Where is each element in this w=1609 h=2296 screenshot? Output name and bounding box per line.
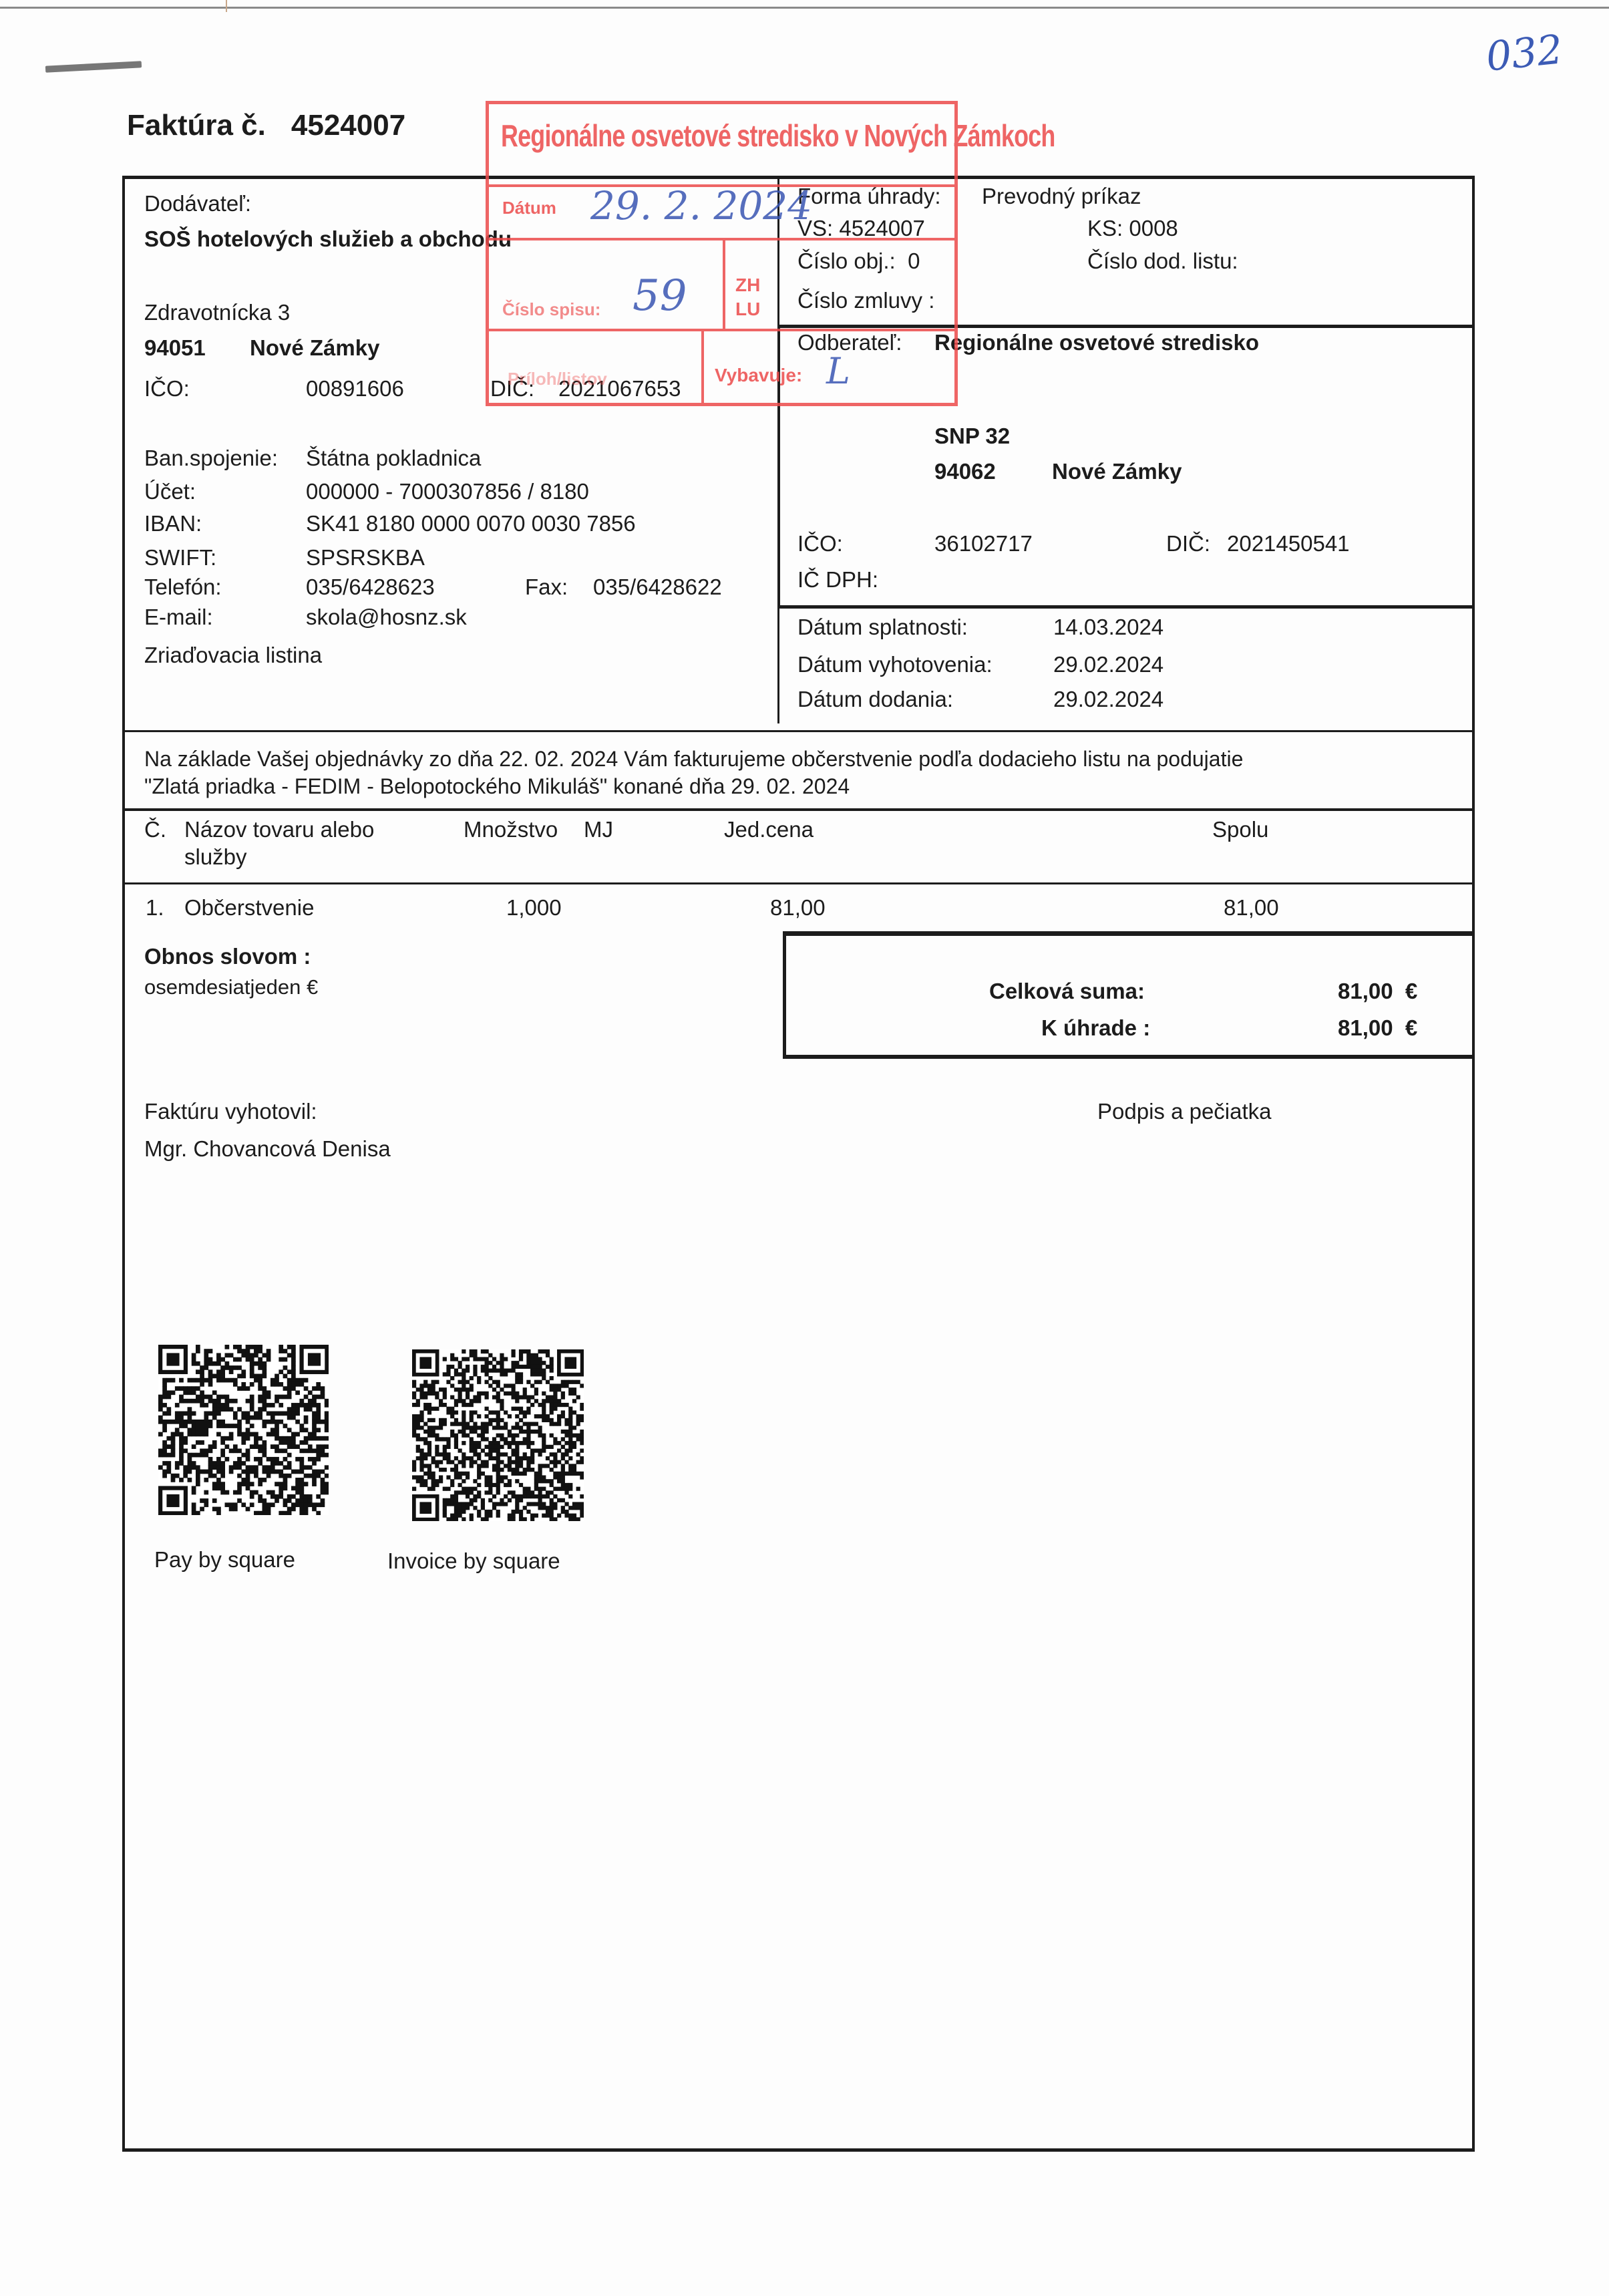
stamp-handled-by-label: Vybavuje:: [715, 365, 802, 386]
customer-dic-label: DIČ:: [1166, 532, 1210, 554]
customer-dic: 2021450541: [1227, 532, 1350, 554]
amount-in-words-label: Obnos slovom :: [144, 945, 311, 967]
stamp-divider: [489, 329, 954, 331]
swift-value: SPSRSKBA: [306, 546, 425, 568]
customer-icdph-label: IČ DPH:: [797, 568, 878, 591]
stamp-file-no-label: Číslo spisu:: [502, 299, 600, 320]
stamp-attachments-label: Príloh/listov: [508, 369, 607, 389]
due-date-value: 14.03.2024: [1053, 616, 1164, 638]
bank-label: Ban.spojenie:: [144, 447, 278, 469]
customer-street: SNP 32: [934, 425, 1010, 447]
stamp-file-no-handwritten: 59: [633, 271, 687, 321]
fax-value: 035/6428622: [593, 576, 722, 598]
due-date-label: Dátum splatnosti:: [797, 616, 968, 638]
col-quantity: Množstvo: [464, 818, 558, 840]
amount-in-words: osemdesiatjeden €: [144, 977, 318, 997]
issue-date-value: 29.02.2024: [1053, 653, 1164, 675]
supplier-zip: 94051: [144, 337, 206, 359]
section-divider: [122, 730, 1473, 732]
col-unit: MJ: [584, 818, 613, 840]
qr-code-icon: [158, 1345, 329, 1515]
fax-label: Fax:: [525, 576, 568, 598]
stamp-title: Regionálne osvetové stredisko v Nových Z…: [501, 118, 1055, 154]
invoice-title-label: Faktúra č.: [127, 109, 266, 142]
punch-mark: [45, 61, 142, 73]
issue-date-label: Dátum vyhotovenia:: [797, 653, 993, 675]
qr-caption-invoice: Invoice by square: [387, 1550, 560, 1572]
row-name: Občerstvenie: [184, 896, 314, 919]
delivery-date-value: 29.02.2024: [1053, 688, 1164, 710]
phone-label: Telefón:: [144, 576, 222, 598]
invoice-number: 4524007: [291, 109, 405, 142]
customer-city: Nové Zámky: [1052, 460, 1182, 482]
supplier-ico-label: IČO:: [144, 377, 190, 399]
ks-value: 0008: [1129, 216, 1178, 240]
iban-label: IBAN:: [144, 512, 202, 534]
customer-zip: 94062: [934, 460, 996, 482]
qr-caption-pay: Pay by square: [154, 1548, 295, 1571]
customer-name: Regionálne osvetové stredisko: [934, 331, 1259, 353]
table-top-line: [122, 808, 1473, 811]
col-total: Spolu: [1212, 818, 1268, 840]
phone-value: 035/6428623: [306, 576, 435, 598]
customer-ico: 36102717: [934, 532, 1033, 554]
due-label: K úhrade :: [1041, 1017, 1150, 1039]
invoice-title: Faktúra č.4524007: [127, 109, 405, 142]
col-unit-price: Jed.cena: [724, 818, 814, 840]
delivery-note-label: Číslo dod. listu:: [1087, 250, 1238, 272]
col-name: Názov tovaru alebo: [184, 818, 374, 840]
description-line-2: "Zlatá priadka - FEDIM - Belopotockého M…: [144, 776, 850, 797]
registry-stamp: Regionálne osvetové stredisko v Nových Z…: [486, 101, 958, 406]
stamp-divider: [701, 329, 704, 403]
row-quantity: 1,000: [506, 896, 562, 919]
total-label: Celková suma:: [989, 980, 1145, 1002]
scan-edge-line: [0, 7, 1609, 9]
stamp-divider: [723, 238, 725, 331]
signature-label: Podpis a pečiatka: [1097, 1100, 1272, 1122]
supplier-city: Nové Zámky: [250, 337, 379, 359]
supplier-heading: Dodávateľ:: [144, 192, 251, 214]
email-value[interactable]: skola@hosnz.sk: [306, 606, 467, 628]
ks-field: KS: 0008: [1087, 217, 1178, 239]
supplier-registration: Zriaďovacia listina: [144, 644, 322, 666]
supplier-street: Zdravotnícka 3: [144, 301, 290, 323]
qr-code-icon: [412, 1349, 584, 1521]
issued-by-name: Mgr. Chovancová Denisa: [144, 1138, 391, 1160]
payment-method: Prevodný príkaz: [982, 185, 1141, 207]
account-value: 000000 - 7000307856 / 8180: [306, 480, 589, 502]
stamp-date-handwritten: 29. 2. 2024: [590, 183, 812, 228]
stamp-code-line-2: LU: [735, 299, 760, 320]
handwritten-page-number: 032: [1484, 26, 1565, 81]
description-line-1: Na základe Vašej objednávky zo dňa 22. 0…: [144, 748, 1243, 770]
row-no: 1.: [146, 896, 164, 919]
supplier-name: SOŠ hotelových služieb a obchodu: [144, 228, 512, 250]
col-name-cont: služby: [184, 846, 247, 868]
supplier-ico: 00891606: [306, 377, 404, 399]
customer-ico-label: IČO:: [797, 532, 843, 554]
email-label: E-mail:: [144, 606, 213, 628]
total-value: 81,00 €: [1338, 980, 1417, 1002]
ks-label: KS:: [1087, 216, 1123, 240]
row-total: 81,00: [1224, 896, 1279, 919]
bank-value: Štátna pokladnica: [306, 447, 481, 469]
swift-label: SWIFT:: [144, 546, 216, 568]
issued-by-label: Faktúru vyhotovil:: [144, 1100, 317, 1122]
stamp-code-line-1: ZH: [735, 275, 760, 296]
table-header-line: [122, 882, 1473, 884]
stamp-date-label: Dátum: [502, 198, 556, 218]
due-value: 81,00 €: [1338, 1017, 1417, 1039]
iban-value: SK41 8180 0000 0070 0030 7856: [306, 512, 636, 534]
account-label: Účet:: [144, 480, 196, 502]
row-unit-price: 81,00: [770, 896, 826, 919]
stamp-handled-by-handwritten: L: [826, 350, 850, 392]
delivery-date-label: Dátum dodania:: [797, 688, 953, 710]
col-no: Č.: [144, 818, 166, 840]
stamp-divider: [489, 238, 954, 240]
scan-mark: [226, 0, 227, 12]
